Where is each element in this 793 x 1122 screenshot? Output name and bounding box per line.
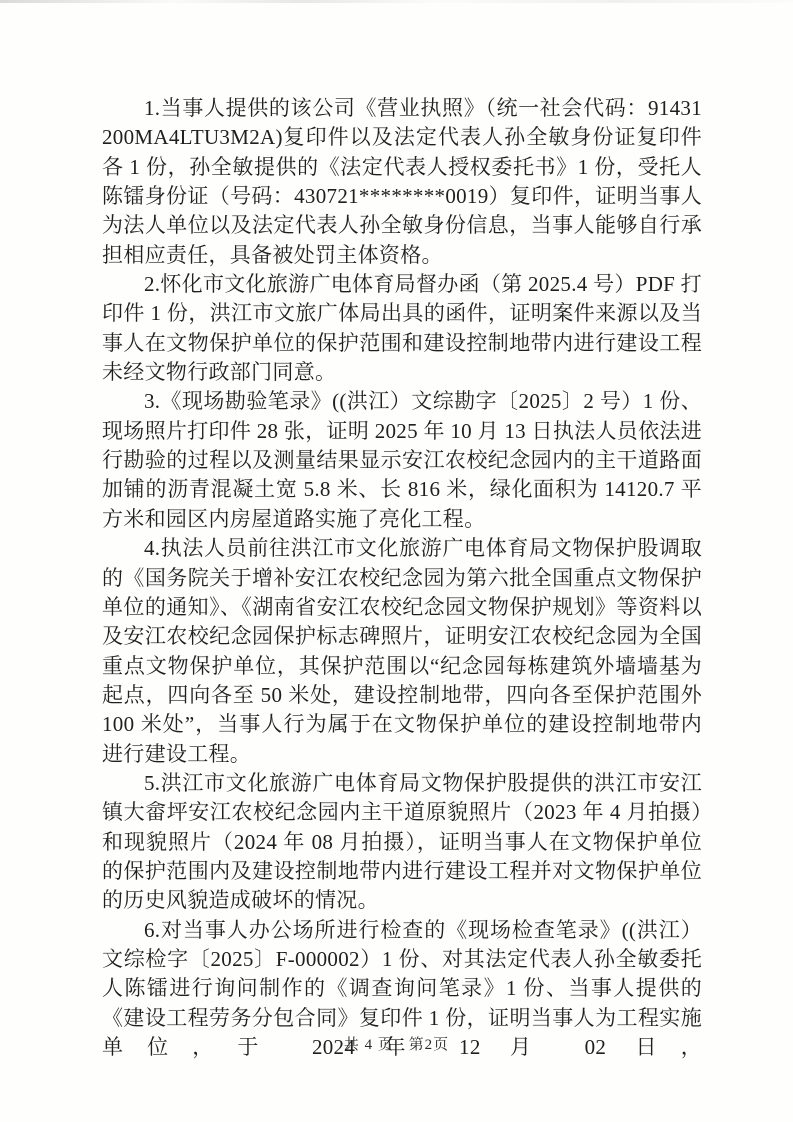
scan-edge-artifact <box>0 0 793 3</box>
total-pages-label: 共 4 页 <box>344 1033 394 1054</box>
evidence-item-1: 1.当事人提供的该公司《营业执照》（统一社会代码：91431200MA4LTU3… <box>102 94 702 270</box>
page-footer: 共 4 页 第2页 <box>0 1033 793 1054</box>
evidence-item-4: 4.执法人员前往洪江市文化旅游广电体育局文物保护股调取的《国务院关于增补安江农校… <box>102 534 702 769</box>
scanned-document-page: 1.当事人提供的该公司《营业执照》（统一社会代码：91431200MA4LTU3… <box>0 0 793 1122</box>
document-body: 1.当事人提供的该公司《营业执照》（统一社会代码：91431200MA4LTU3… <box>102 94 702 1062</box>
evidence-item-5: 5.洪江市文化旅游广电体育局文物保护股提供的洪江市安江镇大畲坪安江农校纪念园内主… <box>102 769 702 916</box>
evidence-item-2: 2.怀化市文化旅游广电体育局督办函（第 2025.4 号）PDF 打印件 1 份… <box>102 270 702 387</box>
evidence-item-3: 3.《现场勘验笔录》((洪江）文综勘字〔2025〕2 号）1 份、现场照片打印件… <box>102 387 702 534</box>
current-page-label: 第2页 <box>409 1033 450 1054</box>
